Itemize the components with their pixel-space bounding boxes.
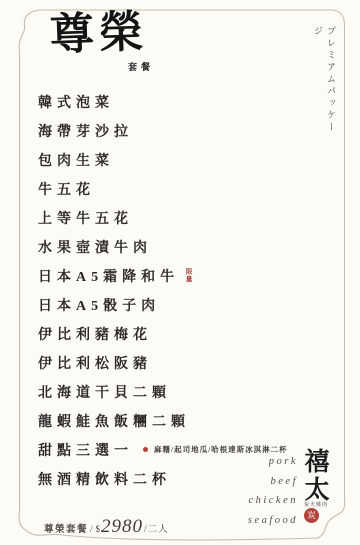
menu-item-label: 水果壺漬牛肉 [38, 237, 152, 257]
menu-item-label: 伊比利豬梅花 [38, 324, 152, 344]
brand-red-seal: 炭 [304, 508, 319, 523]
menu-item-label: 北海道干貝二顆 [38, 382, 171, 402]
footer-price-amount: 2980 [101, 516, 143, 538]
japanese-vertical-subtitle: プレミアムパッケージ [312, 26, 338, 138]
menu-item: 龍蝦鮭魚飯糰二顆 [38, 406, 313, 435]
brand-english-words: porkbeefchickenseafood [236, 452, 298, 530]
menu-item-list: 韓式泡菜海帶芽沙拉包肉生菜牛五花上等牛五花水果壺漬牛肉日本A5霜降和牛限量日本A… [38, 87, 313, 493]
menu-item-label: 海帶芽沙拉 [38, 121, 133, 141]
menu-item-label: 甜點三選一 [38, 440, 133, 460]
menu-item-label: 韓式泡菜 [38, 92, 114, 112]
menu-item: 伊比利豬梅花 [38, 319, 313, 348]
brand-word: chicken [236, 491, 298, 511]
menu-title: 尊榮 [49, 8, 149, 60]
menu-item: 上等牛五花 [38, 203, 313, 232]
menu-item-label: 龍蝦鮭魚飯糰二顆 [38, 411, 190, 431]
brand-word: seafood [236, 511, 298, 531]
brand-word: beef [236, 472, 298, 492]
menu-item: 北海道干貝二顆 [38, 377, 313, 406]
menu-item-label: 無酒精飲料二杯 [38, 469, 171, 489]
red-dot-icon [143, 447, 148, 452]
menu-item: 日本A5霜降和牛限量 [38, 261, 313, 290]
brand-word: pork [236, 452, 298, 472]
menu-item: 水果壺漬牛肉 [38, 232, 313, 261]
menu-item: 伊比利松阪豬 [38, 348, 313, 377]
menu-item-label: 包肉生菜 [38, 150, 114, 170]
menu-page: 尊榮 套餐 プレミアムパッケージ 韓式泡菜海帶芽沙拉包肉生菜牛五花上等牛五花水果… [0, 0, 360, 545]
footer-currency-symbol: $ [96, 524, 101, 534]
footer-slash: / [90, 524, 93, 534]
brand-logo-subtext: 炭火燒肉 [301, 501, 331, 508]
footer-set-name: 尊榮套餐 [44, 521, 88, 535]
menu-item-label: 上等牛五花 [38, 208, 133, 228]
menu-item: 韓式泡菜 [38, 87, 313, 116]
menu-item: 牛五花 [38, 174, 313, 203]
limited-red-stamp: 限量 [184, 268, 191, 283]
menu-item-label: 伊比利松阪豬 [38, 353, 152, 373]
menu-item-label: 日本A5霜降和牛 [38, 266, 179, 286]
menu-item-label: 牛五花 [38, 179, 95, 199]
menu-item: 海帶芽沙拉 [38, 116, 313, 145]
footer-per-persons: /二人 [144, 521, 169, 535]
menu-item: 包肉生菜 [38, 145, 313, 174]
menu-item: 日本A5骰子肉 [38, 290, 313, 319]
menu-item-label: 日本A5骰子肉 [38, 295, 160, 315]
menu-title-subtitle: 套餐 [128, 60, 154, 73]
price-footer: 尊榮套餐 / $ 2980 /二人 [44, 516, 169, 538]
